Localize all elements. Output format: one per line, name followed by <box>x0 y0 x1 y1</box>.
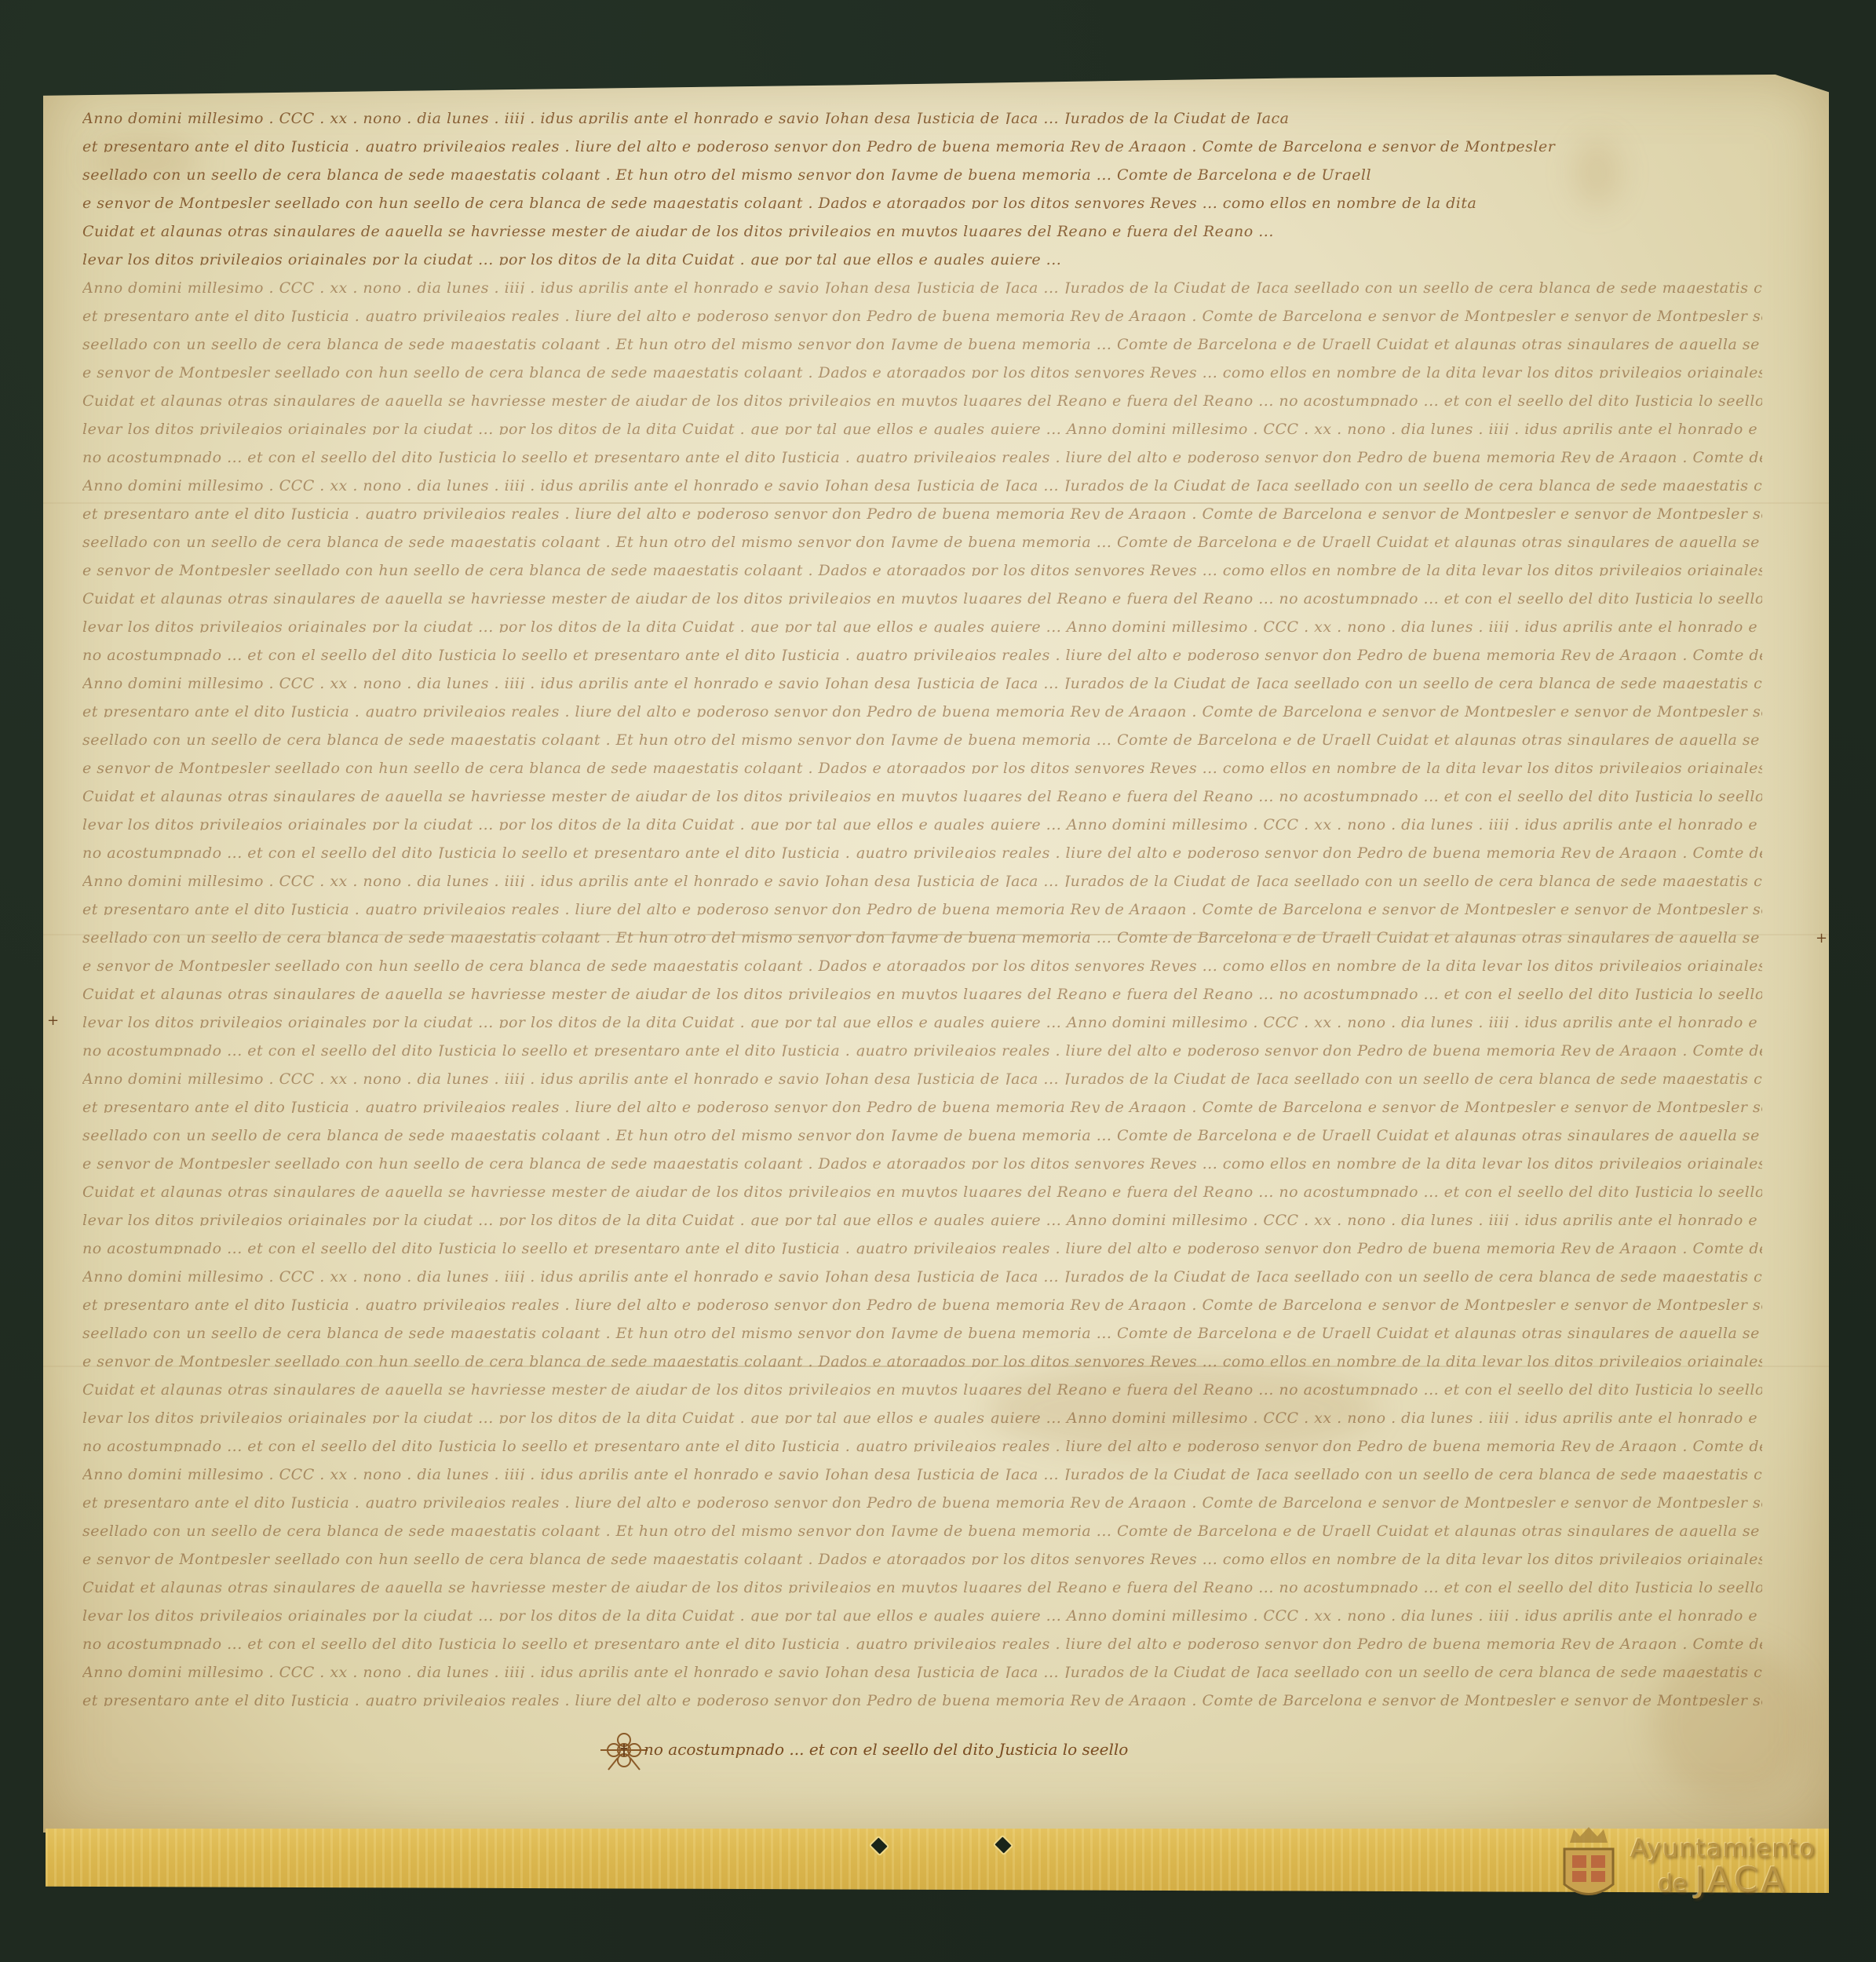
text-line: no acostumpnado ... et con el seello del… <box>82 844 1762 859</box>
text-line: seellado con un seello de cera blanca de… <box>82 534 1762 548</box>
text-line: no acostumpnado ... et con el seello del… <box>82 1240 1762 1254</box>
text-line: Cuidat et algunas otras singulares de aq… <box>82 223 1762 237</box>
text-line: seellado con un seello de cera blanca de… <box>82 731 1762 746</box>
text-line: et presentaro ante el dito Justicia . qu… <box>82 1296 1762 1311</box>
text-line: e senyor de Montpesler seellado con hun … <box>82 1155 1762 1169</box>
text-line: Anno domini millesimo . CCC . xx . nono … <box>82 279 1762 294</box>
text-line: et presentaro ante el dito Justicia . qu… <box>82 1099 1762 1113</box>
text-line: e senyor de Montpesler seellado con hun … <box>82 760 1762 774</box>
closing-text: no acostumpnado ... et con el seello del… <box>644 1740 1128 1759</box>
rosette-signum-icon <box>600 1727 648 1774</box>
text-line: levar los ditos privilegios originales p… <box>82 1014 1762 1028</box>
watermark: Ayuntamiento deJACA <box>1558 1819 1841 1913</box>
text-line: et presentaro ante el dito Justicia . qu… <box>82 308 1762 322</box>
margin-mark: + <box>1816 930 1827 946</box>
text-line: Cuidat et algunas otras singulares de aq… <box>82 1183 1762 1198</box>
text-line: Cuidat et algunas otras singulares de aq… <box>82 1381 1762 1395</box>
watermark-line1: Ayuntamiento <box>1630 1833 1816 1863</box>
text-line: e senyor de Montpesler seellado con hun … <box>82 195 1762 209</box>
text-line: seellado con un seello de cera blanca de… <box>82 166 1762 181</box>
text-line: Anno domini millesimo . CCC . xx . nono … <box>82 1466 1762 1480</box>
text-line: et presentaro ante el dito Justicia . qu… <box>82 138 1762 152</box>
text-line: levar los ditos privilegios originales p… <box>82 816 1762 830</box>
text-line: Anno domini millesimo . CCC . xx . nono … <box>82 110 1762 124</box>
text-line: seellado con un seello de cera blanca de… <box>82 1127 1762 1141</box>
text-line: e senyor de Montpesler seellado con hun … <box>82 364 1762 378</box>
text-line: e senyor de Montpesler seellado con hun … <box>82 957 1762 972</box>
text-line: no acostumpnado ... et con el seello del… <box>82 449 1762 463</box>
text-line: et presentaro ante el dito Justicia . qu… <box>82 1494 1762 1508</box>
text-line: seellado con un seello de cera blanca de… <box>82 1325 1762 1339</box>
text-line: e senyor de Montpesler seellado con hun … <box>82 1353 1762 1367</box>
text-line: e senyor de Montpesler seellado con hun … <box>82 1551 1762 1565</box>
text-line: e senyor de Montpesler seellado con hun … <box>82 562 1762 576</box>
margin-mark: + <box>47 1012 59 1029</box>
text-line: et presentaro ante el dito Justicia . qu… <box>82 1692 1762 1706</box>
watermark-de: de <box>1658 1870 1688 1898</box>
text-line: Cuidat et algunas otras singulares de aq… <box>82 392 1762 407</box>
text-line: no acostumpnado ... et con el seello del… <box>82 1042 1762 1056</box>
text-line: levar los ditos privilegios originales p… <box>82 618 1762 633</box>
text-line: levar los ditos privilegios originales p… <box>82 1410 1762 1424</box>
coat-of-arms-icon <box>1558 1825 1619 1908</box>
text-line: no acostumpnado ... et con el seello del… <box>82 1438 1762 1452</box>
text-line: Anno domini millesimo . CCC . xx . nono … <box>82 1070 1762 1085</box>
text-line: levar los ditos privilegios originales p… <box>82 1212 1762 1226</box>
text-line: Anno domini millesimo . CCC . xx . nono … <box>82 873 1762 887</box>
text-line: levar los ditos privilegios originales p… <box>82 1607 1762 1621</box>
text-line: et presentaro ante el dito Justicia . qu… <box>82 505 1762 520</box>
text-line: Cuidat et algunas otras singulares de aq… <box>82 986 1762 1000</box>
text-line: Anno domini millesimo . CCC . xx . nono … <box>82 1664 1762 1678</box>
text-line: seellado con un seello de cera blanca de… <box>82 336 1762 350</box>
manuscript-text: Anno domini millesimo . CCC . xx . nono … <box>82 110 1762 1758</box>
watermark-jaca: JACA <box>1695 1860 1787 1900</box>
text-line: seellado con un seello de cera blanca de… <box>82 1523 1762 1537</box>
text-line: seellado con un seello de cera blanca de… <box>82 929 1762 943</box>
text-line: Cuidat et algunas otras singulares de aq… <box>82 1579 1762 1593</box>
text-line: Cuidat et algunas otras singulares de aq… <box>82 788 1762 802</box>
text-line: Anno domini millesimo . CCC . xx . nono … <box>82 675 1762 689</box>
text-line: levar los ditos privilegios originales p… <box>82 421 1762 435</box>
text-line: no acostumpnado ... et con el seello del… <box>82 647 1762 661</box>
text-line: Anno domini millesimo . CCC . xx . nono … <box>82 1268 1762 1282</box>
text-line: et presentaro ante el dito Justicia . qu… <box>82 901 1762 915</box>
text-line: levar los ditos privilegios originales p… <box>82 251 1762 265</box>
watermark-text: Ayuntamiento deJACA <box>1630 1833 1816 1900</box>
text-line: Cuidat et algunas otras singulares de aq… <box>82 590 1762 604</box>
text-line: Anno domini millesimo . CCC . xx . nono … <box>82 477 1762 491</box>
watermark-line2: deJACA <box>1658 1860 1788 1900</box>
text-line: et presentaro ante el dito Justicia . qu… <box>82 703 1762 717</box>
text-line: no acostumpnado ... et con el seello del… <box>82 1636 1762 1650</box>
